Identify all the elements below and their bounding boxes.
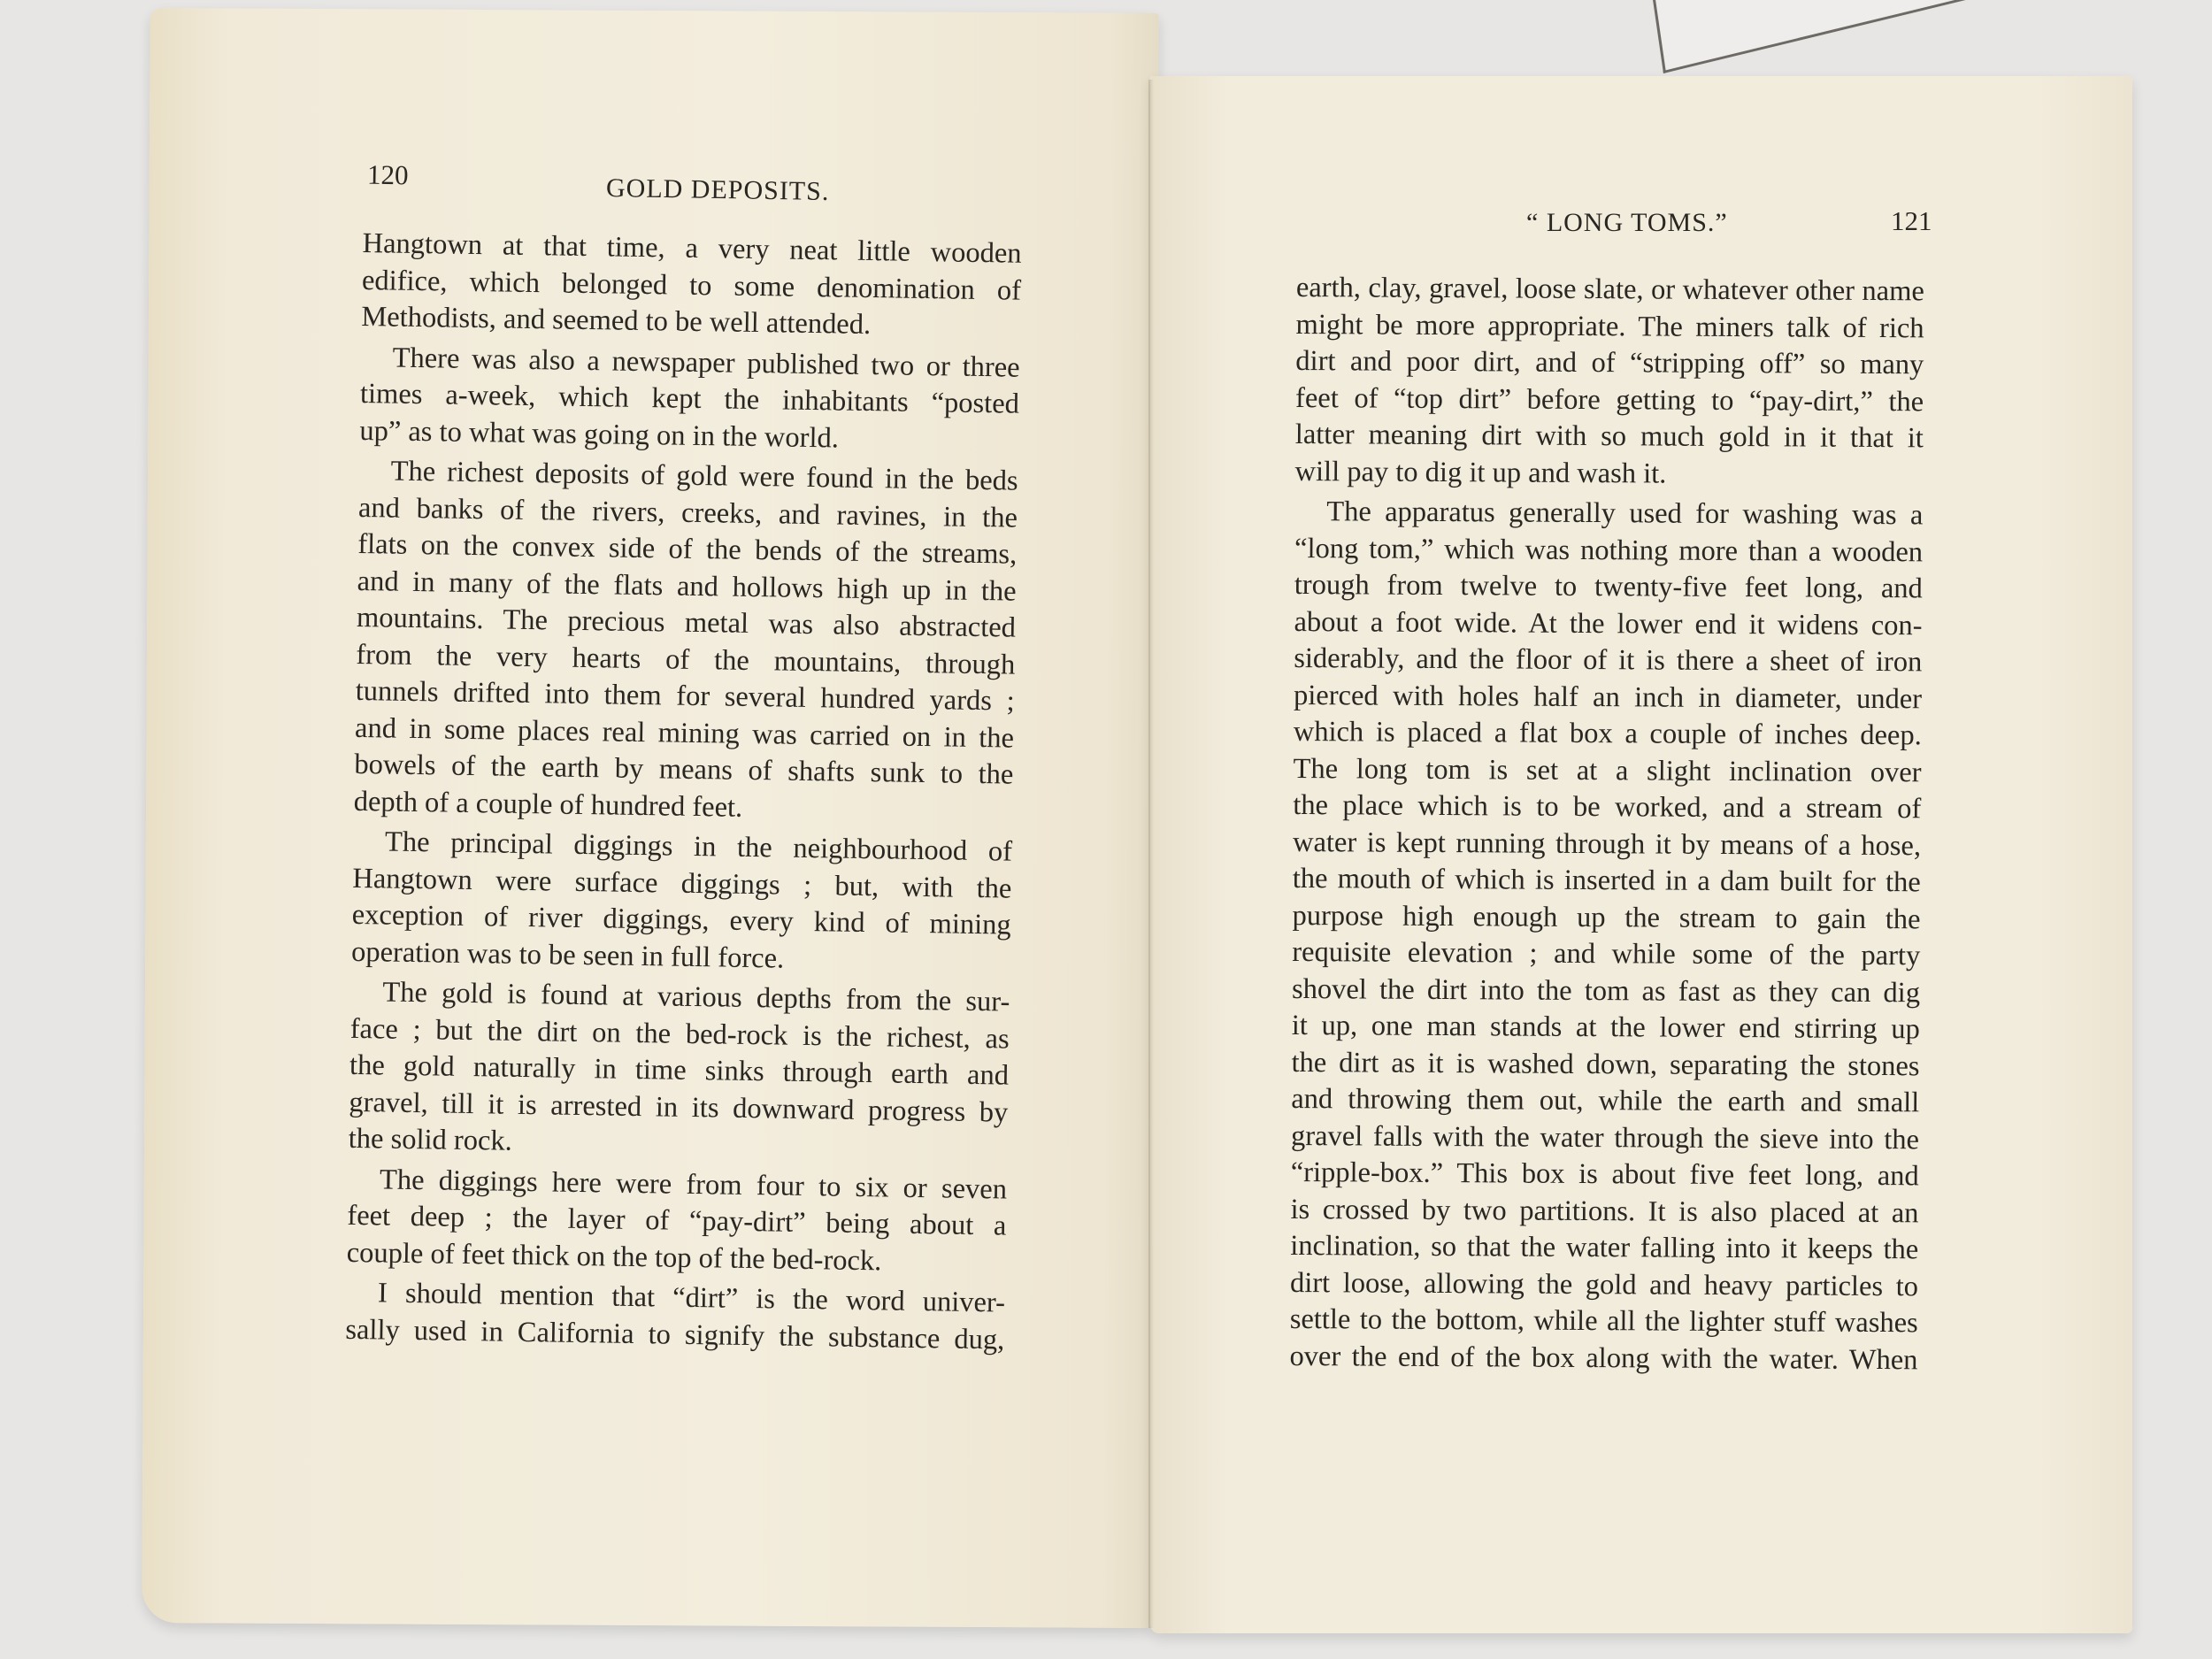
text-line: it up, one man stands at the lower end s… bbox=[1292, 1008, 1920, 1048]
text-line: the mouth of which is inserted in a dam … bbox=[1293, 861, 1921, 902]
text-line: gravel falls with the water through the … bbox=[1291, 1118, 1919, 1158]
text-line: latter meaning dirt with so much gold in… bbox=[1295, 417, 1924, 457]
text-line: over the end of the box along with the w… bbox=[1289, 1338, 1917, 1379]
paragraph: The gold is found at various depths from… bbox=[348, 974, 1010, 1168]
text-line: the dirt as it is washed down, separatin… bbox=[1291, 1044, 1919, 1085]
paragraph: The diggings here were from four to six … bbox=[346, 1161, 1007, 1281]
paragraph: Hangtown at that time, a very neat littl… bbox=[361, 226, 1022, 346]
envelope-corner bbox=[1648, 0, 2036, 73]
text-line: “ripple-box.” This box is about five fee… bbox=[1291, 1155, 1919, 1195]
text-line: and throwing them out, while the earth a… bbox=[1291, 1081, 1919, 1122]
paragraph: The principal diggings in the neighbourh… bbox=[351, 824, 1013, 981]
text-line: settle to the bottom, while all the ligh… bbox=[1290, 1302, 1918, 1342]
text-line: purpose high enough up the stream to gai… bbox=[1292, 897, 1920, 938]
text-line: will pay to dig it up and wash it. bbox=[1294, 453, 1923, 494]
text-line: siderably, and the floor of it is there … bbox=[1294, 641, 1922, 681]
text-line: trough from twelve to twenty-five feet l… bbox=[1294, 567, 1923, 608]
book-gutter bbox=[1148, 80, 1154, 1628]
text-line: dirt and poor dirt, and of “stripping of… bbox=[1295, 343, 1924, 384]
text-line: feet of “top dirt” before getting to “pa… bbox=[1295, 380, 1924, 420]
left-page-body: Hangtown at that time, a very neat littl… bbox=[345, 226, 1022, 1359]
text-line: The long tom is set at a slight inclinat… bbox=[1293, 750, 1921, 791]
text-line: might be more appropriate. The miners ta… bbox=[1295, 306, 1924, 347]
paragraph: I should mention that “dirt” is the word… bbox=[345, 1275, 1005, 1359]
text-line: dirt loose, allowing the gold and heavy … bbox=[1290, 1264, 1918, 1305]
text-line: water is kept running through it by mean… bbox=[1293, 824, 1921, 864]
text-line: about a foot wide. At the lower end it w… bbox=[1294, 603, 1922, 644]
paragraph: The apparatus generally used for washing… bbox=[1289, 494, 1923, 1379]
text-line: shovel the dirt into the tom as fast as … bbox=[1292, 971, 1920, 1011]
text-line: The apparatus generally used for washing… bbox=[1294, 494, 1923, 534]
paragraph: The richest deposits of gold were found … bbox=[353, 453, 1018, 831]
text-line: pierced with holes half an inch in diame… bbox=[1294, 677, 1922, 718]
text-line: is crossed by two partitions. It is also… bbox=[1290, 1191, 1918, 1232]
running-head-left: GOLD DEPOSITS. bbox=[606, 173, 830, 207]
running-head-right: “ LONG TOMS.” bbox=[1526, 208, 1728, 238]
text-line: which is placed a flat box a couple of i… bbox=[1294, 714, 1922, 755]
right-page-body: earth, clay, gravel, loose slate, or wha… bbox=[1289, 270, 1924, 1379]
paragraph: earth, clay, gravel, loose slate, or wha… bbox=[1294, 270, 1924, 494]
text-line: requisite elevation ; and while some of … bbox=[1292, 934, 1920, 975]
paragraph: There was also a newspaper published two… bbox=[359, 339, 1020, 459]
page-number-left: 120 bbox=[367, 159, 409, 192]
text-line: inclination, so that the water falling i… bbox=[1290, 1228, 1918, 1269]
text-line: earth, clay, gravel, loose slate, or wha… bbox=[1296, 270, 1924, 311]
text-line: the place which is to be worked, and a s… bbox=[1293, 787, 1921, 828]
page-number-right: 121 bbox=[1891, 205, 1932, 237]
text-line: “long tom,” which was nothing more than … bbox=[1294, 530, 1923, 571]
